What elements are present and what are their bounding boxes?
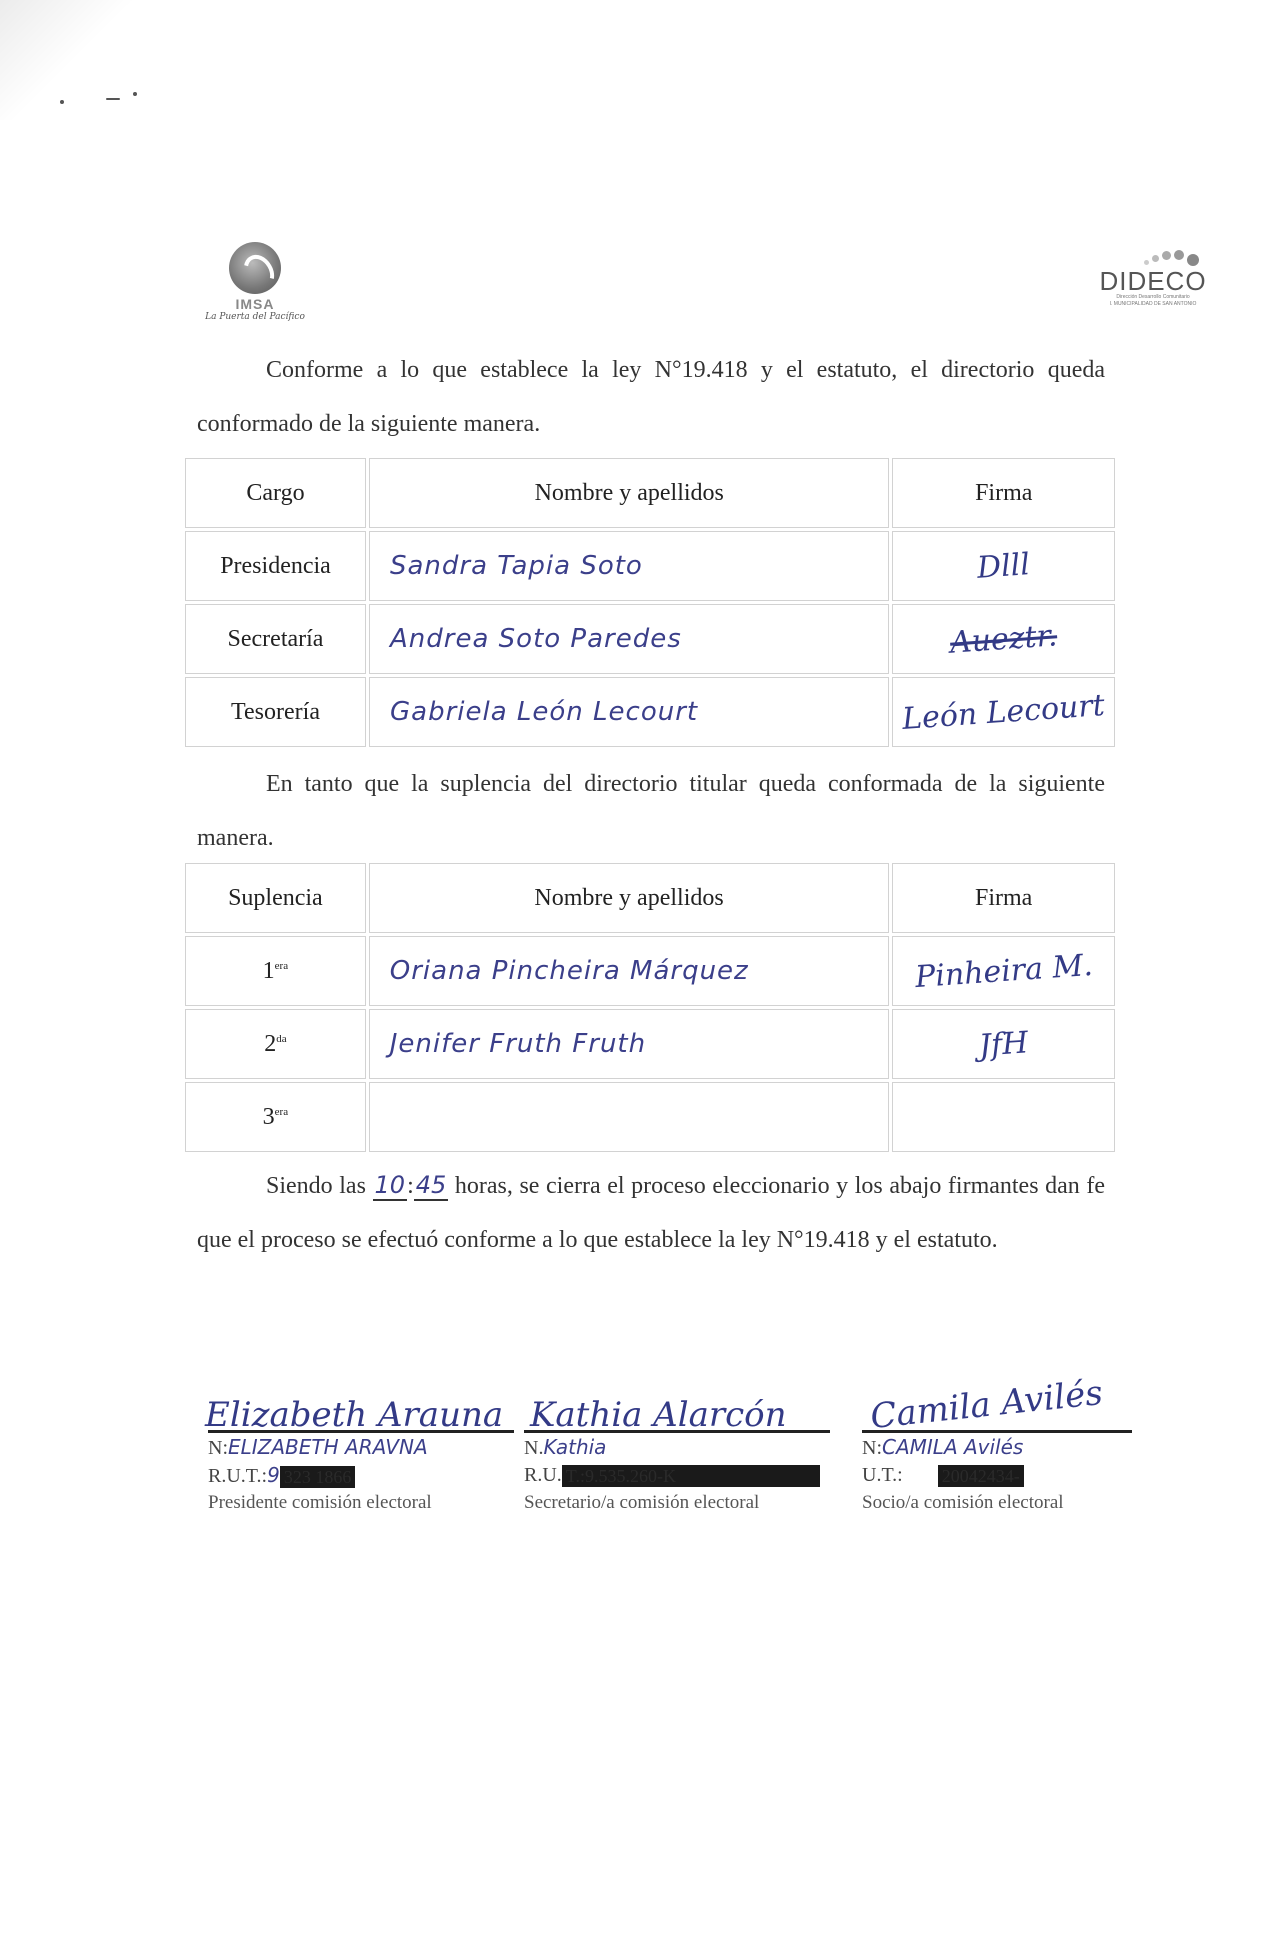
rut-redacted: 323 1866 [280, 1466, 356, 1488]
ordinal-number: 3 [263, 1104, 275, 1130]
imsa-logo: IMSA La Puerta del Pacífico [180, 232, 330, 342]
table-header-row: Suplencia Nombre y apellidos Firma [185, 863, 1115, 933]
dideco-dots-icon [1078, 246, 1228, 268]
signature-president: Elizabeth Arauna [205, 1395, 503, 1435]
signature-member: Camila Avilés [869, 1373, 1105, 1437]
handwritten-name: Gabriela León Lecourt [390, 697, 698, 727]
name-label: N. [524, 1437, 543, 1459]
dideco-logo: DIDECO Dirección Desarrollo Comunitario … [1078, 246, 1228, 316]
scan-speck [133, 92, 137, 96]
header-cargo: Cargo [185, 458, 366, 528]
scan-speck [60, 100, 64, 104]
header-nombre: Nombre y apellidos [369, 863, 890, 933]
handwritten-name: Sandra Tapia Soto [390, 551, 643, 581]
ordinal-suffix: da [276, 1033, 286, 1045]
ordinal-number: 1 [263, 958, 275, 984]
intro-paragraph: Conforme a lo que establece la ley N°19.… [197, 343, 1105, 451]
handwritten-name: Oriana Pincheira Márquez [390, 956, 749, 986]
name-label: N: [208, 1437, 228, 1459]
header-firma: Firma [892, 863, 1115, 933]
nombre-cell: Gabriela León Lecourt [369, 677, 889, 747]
role-label: Socio/a comisión electoral [862, 1489, 1132, 1517]
suplencia-paragraph: En tanto que la suplencia del directorio… [197, 757, 1105, 865]
signature: Pinheira M. [914, 947, 1094, 994]
header-suplencia: Suplencia [185, 863, 366, 933]
signatory-secretary: N.Kathia R.U.T.:9.535.260-K Secretario/a… [524, 1430, 830, 1517]
suplencia-table: Suplencia Nombre y apellidos Firma 1era … [182, 860, 1118, 1155]
rut-label: R.U. [524, 1464, 562, 1486]
closing-minute: 45 [414, 1171, 449, 1201]
rut-redacted: 20042434- [938, 1465, 1024, 1487]
signature: León Lecourt [901, 687, 1106, 736]
name-row: N:CAMILA Avilés [862, 1433, 1132, 1461]
nombre-cell: Andrea Soto Paredes [369, 604, 889, 674]
handwritten-name: Andrea Soto Paredes [390, 624, 682, 654]
firma-cell [892, 1082, 1115, 1152]
table-row: 3era [185, 1082, 1115, 1152]
cargo-cell: Secretaría [185, 604, 366, 674]
imsa-logo-name: IMSA [180, 296, 330, 312]
ordinal-suffix: era [275, 960, 288, 972]
table-row: Tesorería Gabriela León Lecourt León Lec… [185, 677, 1115, 747]
firma-cell: León Lecourt [892, 677, 1115, 747]
firma-cell: Aueztr. [892, 604, 1115, 674]
nombre-cell: Oriana Pincheira Márquez [369, 936, 890, 1006]
name-value: CAMILA Avilés [882, 1435, 1023, 1459]
name-label: N: [862, 1437, 882, 1459]
table-row: Secretaría Andrea Soto Paredes Aueztr. [185, 604, 1115, 674]
table-row: 1era Oriana Pincheira Márquez Pinheira M… [185, 936, 1115, 1006]
signatory-member: N:CAMILA Avilés U.T.: 20042434- Socio/a … [862, 1430, 1132, 1517]
suplencia-num-cell: 3era [185, 1082, 366, 1152]
rut-label: U.T.: [862, 1464, 903, 1486]
imsa-emblem-icon [229, 242, 281, 294]
header-nombre: Nombre y apellidos [369, 458, 889, 528]
rut-row: U.T.: 20042434- [862, 1461, 1132, 1489]
suplencia-text: En tanto que la suplencia del directorio… [197, 771, 1105, 851]
firma-cell: JfH [892, 1009, 1115, 1079]
signature: Dlll [976, 547, 1031, 586]
firma-cell: Dlll [892, 531, 1115, 601]
firma-cell: Pinheira M. [892, 936, 1115, 1006]
name-value: ELIZABETH ARAVNA [228, 1435, 428, 1459]
ordinal-number: 2 [264, 1031, 276, 1057]
rut-visible: 9 [267, 1463, 280, 1487]
signatory-president: N:ELIZABETH ARAVNA R.U.T.:9323 1866 Pres… [208, 1430, 514, 1517]
closing-prefix: Siendo las [266, 1173, 366, 1199]
header-firma: Firma [892, 458, 1115, 528]
nombre-cell: Jenifer Fruth Fruth [369, 1009, 890, 1079]
signature: Aueztr. [949, 618, 1058, 660]
suplencia-num-cell: 1era [185, 936, 366, 1006]
scan-speck [106, 98, 120, 100]
rut-label: R.U.T.: [208, 1465, 267, 1487]
signature: JfH [978, 1025, 1030, 1063]
nombre-cell: Sandra Tapia Soto [369, 531, 889, 601]
table-row: 2da Jenifer Fruth Fruth JfH [185, 1009, 1115, 1079]
rut-row: R.U.T.:9323 1866 [208, 1461, 514, 1489]
closing-paragraph: Siendo las 10:45 horas, se cierra el pro… [197, 1158, 1105, 1267]
rut-redacted: T.:9.535.260-K [562, 1465, 820, 1487]
table-header-row: Cargo Nombre y apellidos Firma [185, 458, 1115, 528]
name-value: Kathia [543, 1435, 606, 1459]
suplencia-num-cell: 2da [185, 1009, 366, 1079]
cargo-cell: Presidencia [185, 531, 366, 601]
signature-secretary: Kathia Alarcón [530, 1395, 787, 1435]
closing-hour: 10 [373, 1171, 408, 1201]
rut-row: R.U.T.:9.535.260-K [524, 1461, 830, 1489]
role-label: Presidente comisión electoral [208, 1489, 514, 1517]
name-row: N:ELIZABETH ARAVNA [208, 1433, 514, 1461]
name-row: N.Kathia [524, 1433, 830, 1461]
role-label: Secretario/a comisión electoral [524, 1489, 830, 1517]
dideco-logo-name: DIDECO [1078, 268, 1228, 294]
scan-artifact [0, 0, 180, 120]
nombre-cell [369, 1082, 890, 1152]
dideco-subtitle-2: I. MUNICIPALIDAD DE SAN ANTONIO [1078, 301, 1228, 308]
cargo-cell: Tesorería [185, 677, 366, 747]
imsa-logo-tagline: La Puerta del Pacífico [180, 312, 330, 322]
directorio-table: Cargo Nombre y apellidos Firma Presidenc… [182, 455, 1118, 750]
intro-text: Conforme a lo que establece la ley N°19.… [197, 357, 1105, 437]
ordinal-suffix: era [275, 1106, 288, 1118]
table-row: Presidencia Sandra Tapia Soto Dlll [185, 531, 1115, 601]
handwritten-name: Jenifer Fruth Fruth [390, 1029, 646, 1059]
